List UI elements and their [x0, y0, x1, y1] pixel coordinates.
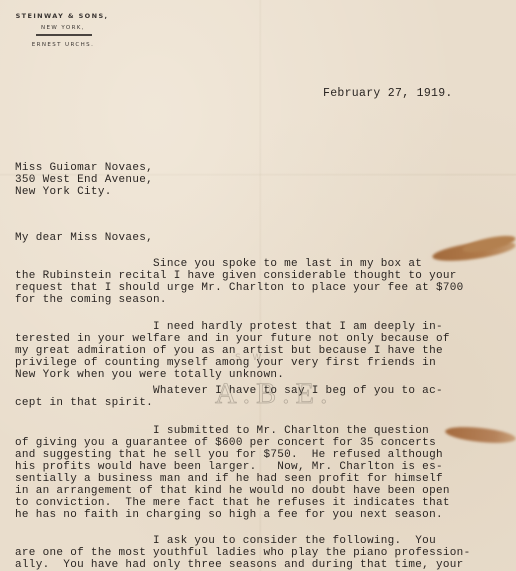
letterhead-person: ERNEST URCHS.	[14, 42, 112, 48]
paragraph-1: Since you spoke to me last in my box at …	[15, 258, 464, 306]
letterhead-company: STEINWAY & SONS,	[12, 12, 112, 20]
letterhead-city: NEW YORK,	[14, 25, 112, 31]
letter-date: February 27, 1919.	[323, 88, 453, 100]
watermark-stamp: A.B.E.	[215, 377, 334, 411]
paragraph-5: I ask you to consider the following. You…	[15, 535, 470, 571]
recipient-city: New York City.	[15, 186, 112, 198]
paragraph-4: I submitted to Mr. Charlton the question…	[15, 425, 450, 521]
recipient-address: Miss Guiomar Novaes, 350 West End Avenue…	[15, 162, 153, 198]
letterhead-divider	[36, 34, 92, 36]
paper-stain	[444, 424, 516, 445]
letterhead: STEINWAY & SONS, NEW YORK, ERNEST URCHS.	[0, 12, 112, 48]
recipient-street: 350 West End Avenue,	[15, 174, 153, 186]
watermark-stamp-small: S. W.	[235, 353, 267, 363]
salutation: My dear Miss Novaes,	[15, 232, 153, 244]
recipient-name: Miss Guiomar Novaes,	[15, 162, 153, 174]
paragraph-2: I need hardly protest that I am deeply i…	[15, 321, 450, 381]
